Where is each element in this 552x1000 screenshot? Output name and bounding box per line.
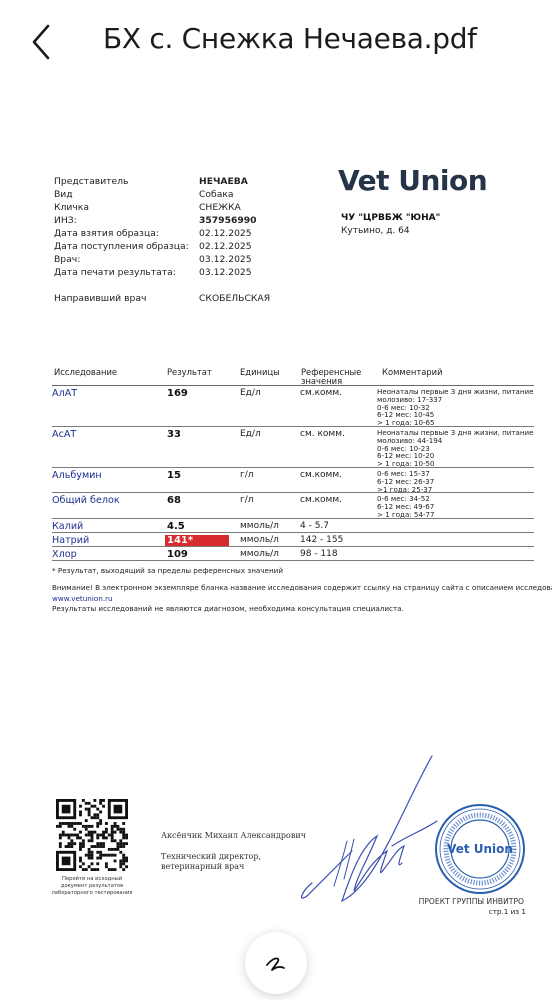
info-value: Собака <box>199 188 234 201</box>
comment: Неонаталы первые 3 дня жизни, питаниемол… <box>377 429 537 468</box>
info-label: Кличка <box>54 201 199 214</box>
info-label: Представитель <box>54 175 199 188</box>
table-row: Альбумин15г/лсм.комм.0-6 мес: 15-376-12 … <box>52 468 534 493</box>
patient-info-row: Врач:03.12.2025 <box>54 253 270 266</box>
page-number: стр.1 из 1 <box>489 907 526 916</box>
patient-info-row: Дата взятия образца:02.12.2025 <box>54 227 270 240</box>
footnote-attention: Внимание! В электронном экземпляре бланк… <box>52 583 552 592</box>
info-value: 357956990 <box>199 214 257 227</box>
footnote-out-of-range: * Результат, выходящий за пределы рефере… <box>52 566 283 575</box>
patient-info-row: ВидСобака <box>54 188 270 201</box>
comment: 0-6 мес: 15-376-12 мес: 26-37>1 года: 25… <box>377 470 537 493</box>
test-name-link[interactable]: АлАТ <box>52 388 77 399</box>
referring-doctor: Направивший врачСКОБЕЛЬСКАЯ <box>54 292 270 305</box>
info-label: ИНЗ: <box>54 214 199 227</box>
test-name-link[interactable]: Калий <box>52 521 83 532</box>
footnote-disclaimer: Результаты исследований не являются диаг… <box>52 604 404 613</box>
result-flagged: 141* <box>165 535 229 546</box>
signature-image <box>292 751 442 911</box>
info-label: Дата поступления образца: <box>54 240 199 253</box>
signer-title: Технический директор, <box>161 852 261 861</box>
signature-icon <box>264 951 288 975</box>
back-button[interactable] <box>28 20 60 64</box>
svg-text:Vet Union: Vet Union <box>447 842 513 856</box>
info-value: СНЕЖКА <box>199 201 241 214</box>
reference-range: 98 - 118 <box>300 549 338 560</box>
table-row: Хлор109ммоль/л98 - 118 <box>52 547 534 561</box>
table-row: АсАТ33Ед/лсм. комм.Неонаталы первые 3 дн… <box>52 427 534 468</box>
reference-range: см.комм. <box>300 495 342 506</box>
info-label: Вид <box>54 188 199 201</box>
reference-range: 142 - 155 <box>300 535 343 546</box>
patient-info-row: Дата печати результата:03.12.2025 <box>54 266 270 279</box>
info-label: Дата взятия образца: <box>54 227 199 240</box>
patient-info-row: КличкаСНЕЖКА <box>54 201 270 214</box>
chevron-left-icon <box>28 20 60 64</box>
document-title: БХ с. Снежка Нечаева.pdf <box>103 22 477 55</box>
reference-range: 4 - 5.7 <box>300 521 329 532</box>
website-link[interactable]: www.vetunion.ru <box>52 594 113 603</box>
info-value: НЕЧАЕВА <box>199 175 248 188</box>
result-value: 15 <box>167 470 181 481</box>
sign-button[interactable] <box>245 932 307 994</box>
units: Ед/л <box>240 429 261 440</box>
result-value: 68 <box>167 495 181 506</box>
signer-name: Аксёнчик Михаил Александрович <box>161 831 306 840</box>
pdf-page: ПредставительНЕЧАЕВАВидСобакаКличкаСНЕЖК… <box>0 86 552 1000</box>
info-value: 03.12.2025 <box>199 266 252 279</box>
result-value: 33 <box>167 429 181 440</box>
header-result: Результат <box>167 367 212 377</box>
units: г/л <box>240 470 254 481</box>
result-value: 109 <box>167 549 188 560</box>
result-value: 141* <box>167 535 229 546</box>
patient-info-row: ПредставительНЕЧАЕВА <box>54 175 270 188</box>
top-bar: БХ с. Снежка Нечаева.pdf <box>0 0 552 86</box>
qr-code[interactable] <box>56 799 128 871</box>
header-comment: Комментарий <box>382 367 443 377</box>
test-name-link[interactable]: Натрий <box>52 535 89 546</box>
units: ммоль/л <box>240 535 279 546</box>
qr-caption: Перейти на исходный документ результатов… <box>50 876 134 897</box>
test-name-link[interactable]: Общий белок <box>52 495 120 506</box>
reference-range: см. комм. <box>300 429 345 440</box>
units: г/л <box>240 495 254 506</box>
table-row: Натрий141*ммоль/л142 - 155 <box>52 533 534 547</box>
info-value: 03.12.2025 <box>199 253 252 266</box>
info-label: Дата печати результата: <box>54 266 199 279</box>
comment: Неонаталы первые 3 дня жизни, питаниемол… <box>377 388 537 427</box>
reference-range: см.комм. <box>300 470 342 481</box>
vet-union-logo: Vet Union <box>338 164 487 197</box>
patient-info: ПредставительНЕЧАЕВАВидСобакаКличкаСНЕЖК… <box>54 175 270 305</box>
header-reference-2: значения <box>301 376 342 386</box>
units: ммоль/л <box>240 521 279 532</box>
info-label: Врач: <box>54 253 199 266</box>
patient-info-row: Дата поступления образца:02.12.2025 <box>54 240 270 253</box>
info-value: 02.12.2025 <box>199 240 252 253</box>
reference-range: см.комм. <box>300 388 342 399</box>
test-name-link[interactable]: Хлор <box>52 549 77 560</box>
signer-title-2: ветеринарный врач <box>161 862 244 871</box>
project-label: ПРОЕКТ ГРУППЫ ИНВИТРО <box>419 897 524 906</box>
test-name-link[interactable]: АсАТ <box>52 429 76 440</box>
table-header: Исследование Результат Единицы Референсн… <box>52 365 534 386</box>
result-value: 169 <box>167 388 188 399</box>
units: ммоль/л <box>240 549 279 560</box>
table-row: Калий4.5ммоль/л4 - 5.7 <box>52 519 534 533</box>
header-test: Исследование <box>54 367 117 377</box>
patient-info-row: ИНЗ:357956990 <box>54 214 270 227</box>
lab-address: Кутьино, д. 64 <box>341 226 410 236</box>
table-row: АлАТ169Ед/лсм.комм.Неонаталы первые 3 дн… <box>52 386 534 427</box>
result-value: 4.5 <box>167 521 185 532</box>
lab-stamp: Vet Union <box>434 803 526 895</box>
info-value: 02.12.2025 <box>199 227 252 240</box>
units: Ед/л <box>240 388 261 399</box>
test-name-link[interactable]: Альбумин <box>52 470 102 481</box>
table-row: Общий белок68г/лсм.комм.0-6 мес: 34-526-… <box>52 493 534 518</box>
lab-organization: ЧУ "ЦРВБЖ "ЮНА" <box>341 213 440 223</box>
comment: 0-6 мес: 34-526-12 мес: 49-67> 1 года: 5… <box>377 495 537 518</box>
header-units: Единицы <box>240 367 280 377</box>
results-table: Исследование Результат Единицы Референсн… <box>52 365 534 561</box>
